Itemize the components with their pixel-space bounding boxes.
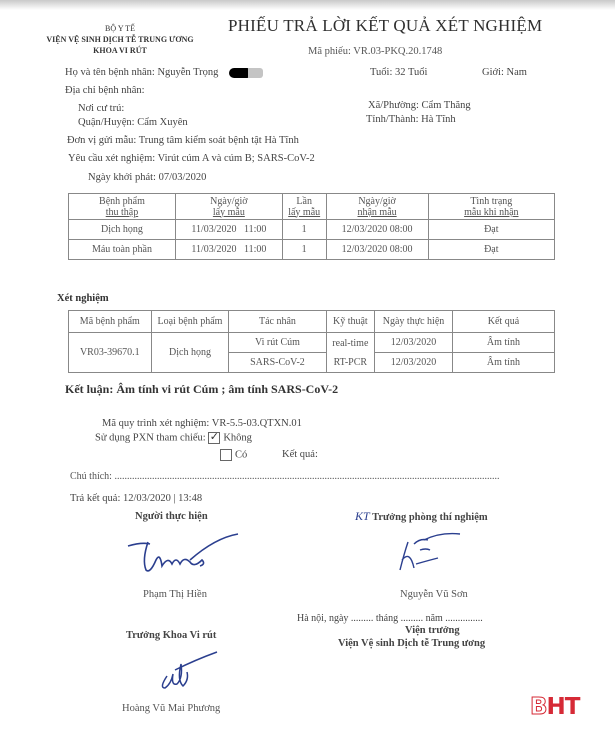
test-date: 12/03/2020: [375, 333, 453, 353]
redaction-mark: [229, 68, 249, 78]
district: Quận/Huyện: Cẩm Xuyên: [78, 117, 188, 128]
reference-lab-label: Sử dụng PXN tham chiếu:: [95, 432, 206, 443]
procedure-code: Mã quy trình xét nghiệm: VR-5.5-03.QTXN.…: [102, 418, 302, 429]
cell: 12/03/2020 08:00: [326, 240, 428, 260]
document-title: PHIẾU TRẢ LỜI KẾT QUẢ XÉT NGHIỆM: [228, 16, 542, 36]
col-result: Kết quả: [452, 311, 554, 333]
dept-head-title: Trưởng Khoa Vi rút: [126, 630, 216, 641]
organization-header: BỘ Y TẾ VIỆN VỆ SINH DỊCH TỄ TRUNG ƯƠNG …: [40, 23, 200, 56]
test-result: Âm tính: [452, 353, 554, 373]
cell: Dịch họng: [69, 220, 176, 240]
patient-name-row: Họ và tên bệnh nhân: Nguyễn Trọng: [65, 67, 218, 78]
logo-letters-ht: HT: [547, 694, 580, 720]
col-agent: Tác nhân: [229, 311, 326, 333]
ministry-name: BỘ Y TẾ: [40, 23, 200, 34]
col-specimen-code: Mã bệnh phẩm: [69, 311, 152, 333]
agent: SARS-CoV-2: [229, 353, 326, 373]
patient-name-value: Nguyễn Trọng: [157, 67, 218, 78]
samples-header-row: Bệnh phẩmthu thập Ngày/giờlấy mẫu Lầnlấy…: [69, 194, 555, 220]
specimen-type: Dịch họng: [151, 333, 229, 373]
cell: 1: [282, 220, 326, 240]
patient-name-label: Họ và tên bệnh nhân:: [65, 67, 155, 78]
agent: Vi rút Cúm: [229, 333, 326, 353]
department-name: KHOA VI RÚT: [40, 45, 200, 56]
province: Tỉnh/Thành: Hà Tĩnh: [366, 114, 456, 125]
specimen-code: VR03-39670.1: [69, 333, 152, 373]
cell: Máu toàn phần: [69, 240, 176, 260]
col-sample: Bệnh phẩmthu thập: [69, 194, 176, 220]
patient-gender: Giới: Nam: [482, 67, 527, 78]
place-date: Hà nội, ngày ......... tháng ......... n…: [297, 613, 483, 624]
checkbox-yes[interactable]: [220, 449, 232, 461]
conclusion: Kết luận: Âm tính vi rút Cúm ; âm tính S…: [65, 382, 338, 397]
director-org: Viện Vệ sinh Dịch tễ Trung ương: [338, 638, 485, 649]
performer-signature: [120, 530, 245, 578]
technique: real-timeRT-PCR: [326, 333, 375, 373]
onset-date: Ngày khởi phát: 07/03/2020: [88, 172, 206, 183]
cell: Đạt: [428, 240, 554, 260]
tests-header-row: Mã bệnh phẩm Loại bệnh phẩm Tác nhân Kỹ …: [69, 311, 555, 333]
col-collect-count: Lầnlấy mẫu: [282, 194, 326, 220]
cell: 12/03/2020 08:00: [326, 220, 428, 240]
table-row: Máu toàn phần 11/03/2020 11:00 1 12/03/2…: [69, 240, 555, 260]
test-date: 12/03/2020: [375, 353, 453, 373]
logo-letter-b: B: [530, 694, 547, 720]
option-no-label: Không: [223, 432, 252, 443]
option-yes-row: Có: [220, 449, 247, 461]
lab-head-signature: [390, 530, 470, 575]
checkbox-no[interactable]: ✓: [208, 432, 220, 444]
return-date: Trả kết quả: 12/03/2020 | 13:48: [70, 493, 202, 504]
redaction-mark-grey: [248, 68, 263, 78]
table-row: Dịch họng 11/03/2020 11:00 1 12/03/2020 …: [69, 220, 555, 240]
lab-head-title-row: KT Trưởng phòng thí nghiệm: [355, 509, 488, 524]
reference-lab-row: Sử dụng PXN tham chiếu: ✓Không: [95, 432, 252, 444]
tests-section-title: Xét nghiệm: [57, 293, 109, 304]
cell: Đạt: [428, 220, 554, 240]
lab-head-title: Trưởng phòng thí nghiệm: [372, 512, 488, 523]
dept-head-signature: [155, 650, 225, 692]
institute-name: VIỆN VỆ SINH DỊCH TỄ TRUNG ƯƠNG: [40, 34, 200, 45]
col-date: Ngày thực hiện: [375, 311, 453, 333]
col-technique: Kỹ thuật: [326, 311, 375, 333]
form-code: Mã phiếu: VR.03-PKQ.20.1748: [308, 46, 442, 57]
option-yes-label: Có: [235, 449, 247, 460]
col-receive-time: Ngày/giờnhận mẫu: [326, 194, 428, 220]
performer-name: Phạm Thị Hiền: [143, 589, 207, 600]
residence-label: Nơi cư trú:: [78, 103, 124, 114]
note: Chú thích: .............................…: [70, 471, 550, 482]
top-shadow: [0, 0, 615, 10]
patient-age: Tuổi: 32 Tuổi: [370, 67, 427, 78]
kt-mark: KT: [355, 509, 370, 523]
col-collect-time: Ngày/giờlấy mẫu: [175, 194, 282, 220]
sending-unit: Đơn vị gửi mẫu: Trung tâm kiểm soát bệnh…: [67, 135, 299, 146]
cell: 1: [282, 240, 326, 260]
lab-head-name: Nguyễn Vũ Sơn: [400, 589, 468, 600]
col-specimen-type: Loại bệnh phẩm: [151, 311, 229, 333]
cell: 11/03/2020 11:00: [175, 240, 282, 260]
test-request: Yêu cầu xét nghiệm: Virút cúm A và cúm B…: [68, 153, 315, 164]
reference-result-label: Kết quả:: [282, 449, 318, 460]
tests-table: Mã bệnh phẩm Loại bệnh phẩm Tác nhân Kỹ …: [68, 310, 555, 373]
dept-head-name: Hoàng Vũ Mai Phương: [122, 703, 220, 714]
cell: 11/03/2020 11:00: [175, 220, 282, 240]
col-condition: Tình trạngmẫu khi nhận: [428, 194, 554, 220]
director-title: Viện trưởng: [405, 625, 460, 636]
test-result: Âm tính: [452, 333, 554, 353]
table-row: VR03-39670.1 Dịch họng Vi rút Cúm real-t…: [69, 333, 555, 353]
address-label: Địa chỉ bệnh nhân:: [65, 85, 145, 96]
bht-watermark-logo: BHT: [530, 694, 579, 720]
performer-title: Người thực hiện: [135, 511, 208, 522]
samples-table: Bệnh phẩmthu thập Ngày/giờlấy mẫu Lầnlấy…: [68, 193, 555, 260]
ward: Xã/Phường: Cẩm Thăng: [368, 100, 471, 111]
